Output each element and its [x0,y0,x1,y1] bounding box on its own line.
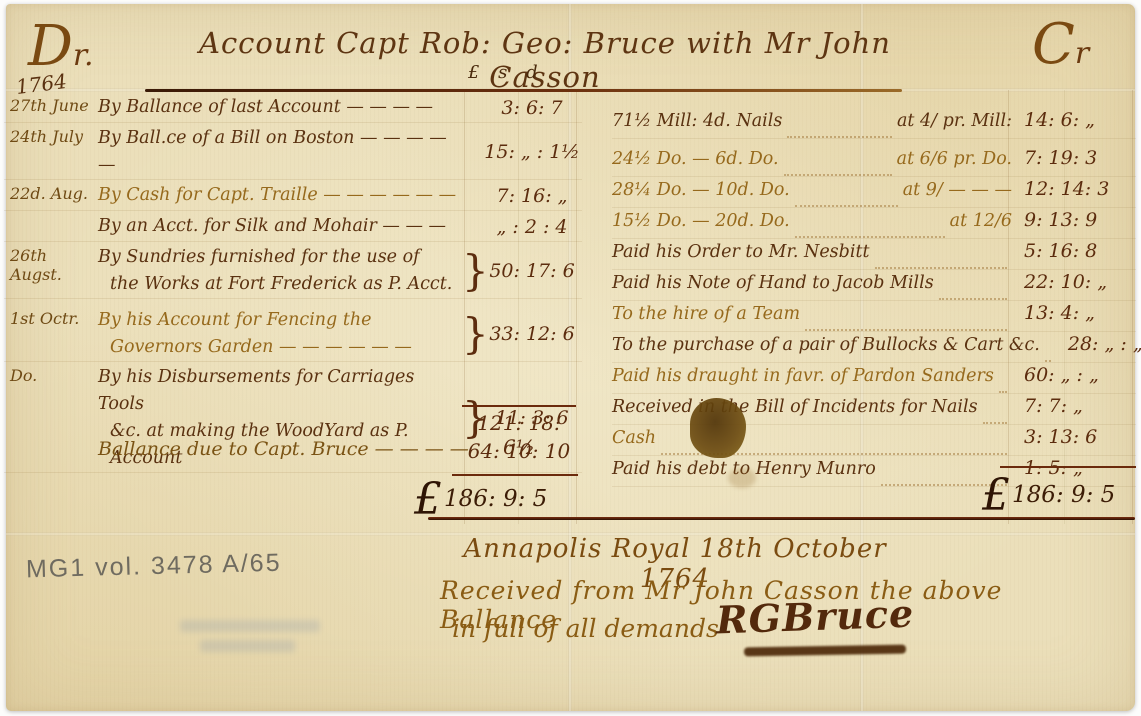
entry-description: By Sundries furnished for the use of the… [98,244,462,298]
currency-column-header: £ s d [468,62,538,83]
credit-total: £186: 9: 5 [982,470,1115,521]
entry-unit-price: at 6/6 pr. Do. [897,149,1012,169]
ledger-row-credit: 28¼ Do. — 10d. Do. at 9/ — — — 12: 14: 3 [612,177,1136,208]
entry-amount: 50: 17: 6 [482,260,582,282]
ink-blot [690,398,746,458]
document-scan: Dr. Account Capt Rob: Geo: Bruce with Mr… [0,0,1141,716]
ledger-row-debit: 1st Octr. By his Account for Fencing the… [4,305,582,362]
entry-amount: 13: 4: „ [1016,302,1136,324]
entry-date: 22d. Aug. [4,182,98,203]
entry-description: By Ballance of last Account — — — — [98,94,462,121]
entry-description-line1: By Sundries furnished for the use of [98,247,420,267]
credit-total-figures: 186: 9: 5 [1012,482,1115,508]
leader-dashes [999,383,1007,393]
bleed-through-line [200,640,295,652]
entry-description-line2: the Works at Fort Frederick as P. Acct. [98,271,462,298]
entry-date: 1st Octr. [4,307,98,328]
credit-side-label: Cr [1032,12,1089,77]
entry-description: 24½ Do. — 6d. Do. [612,149,779,169]
leader-dashes [795,228,945,238]
ledger-row-credit: Paid his draught in favr. of Pardon Sand… [612,363,1136,394]
entry-amount: 22: 10: „ [1016,271,1136,293]
entry-description: Received in the Bill of Incidents for Na… [612,397,978,417]
ledger-row-credit: Paid his Note of Hand to Jacob Mills 22:… [612,270,1136,301]
entry-date: Do. [4,364,98,385]
small-stain [728,468,756,488]
entry-amount: 3: 13: 6 [1016,426,1136,448]
leader-dashes [939,290,1007,300]
entry-description-line1: By his Account for Fencing the [98,310,371,330]
pound-sign: £ [982,470,1010,521]
entry-description: Paid his Note of Hand to Jacob Mills [612,273,934,293]
entry-description: To the purchase of a pair of Bullocks & … [612,335,1040,355]
entry-amount: 3: 6: 7 [482,97,582,119]
entry-description: By Ball.ce of a Bill on Boston — — — — — [98,125,462,179]
entry-amount: 15: „ : 1½ [482,141,582,163]
entry-description-line1: By Ball.ce of a Bill on Boston — — — — — [98,128,447,175]
entry-amount: 33: 12: 6 [482,323,582,345]
leader-dashes [805,321,1007,331]
leader-dashes [983,414,1007,424]
leader-dashes [1045,352,1051,362]
entry-amount: 60: „ : „ [1016,364,1136,386]
entry-unit-price: at 12/6 [950,211,1012,231]
entry-brace: } [462,311,482,357]
bleed-through-stamp [180,616,330,660]
ledger-row-debit: 27th June By Ballance of last Account — … [4,92,582,123]
ledger-row-credit: To the hire of a Team 13: 4: „ [612,301,1136,332]
entry-description-line1: By Cash for Capt. Traille — — — — — — [98,185,456,205]
ledger-row-credit: Paid his Order to Mr. Nesbitt 5: 16: 8 [612,239,1136,270]
entry-amount: 14: 6: „ [1016,109,1136,131]
entry-description: By Cash for Capt. Traille — — — — — — [98,182,462,209]
balance-label: Ballance due to Capt. Bruce — — — — [98,438,469,460]
entry-description: Paid his Order to Mr. Nesbitt [612,242,870,262]
ledger-row-debit: 22d. Aug. By Cash for Capt. Traille — — … [4,180,582,211]
entry-date [4,213,98,215]
entry-date: 26th Augst. [4,244,98,284]
entry-amount: 7: 7: „ [1016,395,1136,417]
entry-amount: „ : 2 : 4 [482,216,582,238]
leader-dashes [787,128,892,138]
entry-description: 71½ Mill: 4d. Nails [612,111,782,131]
ledger-row-credit: To the purchase of a pair of Bullocks & … [612,332,1136,363]
ledger-row-credit: 71½ Mill: 4d. Nails at 4/ pr. Mill: 14: … [612,100,1136,139]
signature: RGBruce [715,591,915,643]
entry-description: By his Account for Fencing the Governors… [98,307,462,361]
ledger-row-debit: 26th Augst. By Sundries furnished for th… [4,242,582,299]
entry-unit-price: at 4/ pr. Mill: [897,111,1012,131]
entry-amount: 28: „ : „ [1060,333,1141,355]
entry-amount: 7: 19: 3 [1016,147,1136,169]
receipt-text-line2: in full of all demands [452,614,719,643]
entry-description: Cash [612,428,656,448]
entry-description: 15½ Do. — 20d. Do. [612,211,790,231]
credit-total-rule [1000,466,1136,468]
account-title: Account Capt Rob: Geo: Bruce with Mr Joh… [160,26,930,94]
entry-unit-price: at 9/ — — — [903,180,1012,200]
ledger-row-credit: 24½ Do. — 6d. Do. at 6/6 pr. Do. 7: 19: … [612,146,1136,177]
leader-dashes [875,259,1007,269]
debit-total-figures: 186: 9: 5 [444,486,547,512]
entry-date: 27th June [4,94,98,115]
ledger-row-debit: By an Acct. for Silk and Mohair — — — „ … [4,211,582,242]
entry-description: 28¼ Do. — 10d. Do. [612,180,790,200]
entry-description-line1: By his Disbursements for Carriages Tools [98,367,414,414]
entry-description-line2: Governors Garden — — — — — — [98,334,462,361]
balance-amount: 64: 10: 10 [462,439,576,463]
entry-amount: 12: 14: 3 [1016,178,1136,200]
entry-description: To the hire of a Team [612,304,800,324]
subtotal-rule [462,405,576,407]
leader-dashes [795,197,898,207]
entry-brace: } [462,248,482,294]
entry-description-line1: By Ballance of last Account — — — — [98,97,433,117]
entry-date: 24th July [4,125,98,146]
entry-amount: 9: 13: 9 [1016,209,1136,231]
ledger-row-debit: 24th July By Ball.ce of a Bill on Boston… [4,123,582,180]
entry-amount: 7: 16: „ [482,185,582,207]
entry-amount: 5: 16: 8 [1016,240,1136,262]
entry-description: By an Acct. for Silk and Mohair — — — [98,213,462,240]
ledger-row-credit: 15½ Do. — 20d. Do. at 12/6 9: 13: 9 [612,208,1136,239]
entry-description: Paid his draught in favr. of Pardon Sand… [612,366,994,386]
leader-dashes [784,166,892,176]
bleed-through-line [180,620,320,632]
entry-description-line1: By an Acct. for Silk and Mohair — — — [98,216,446,236]
